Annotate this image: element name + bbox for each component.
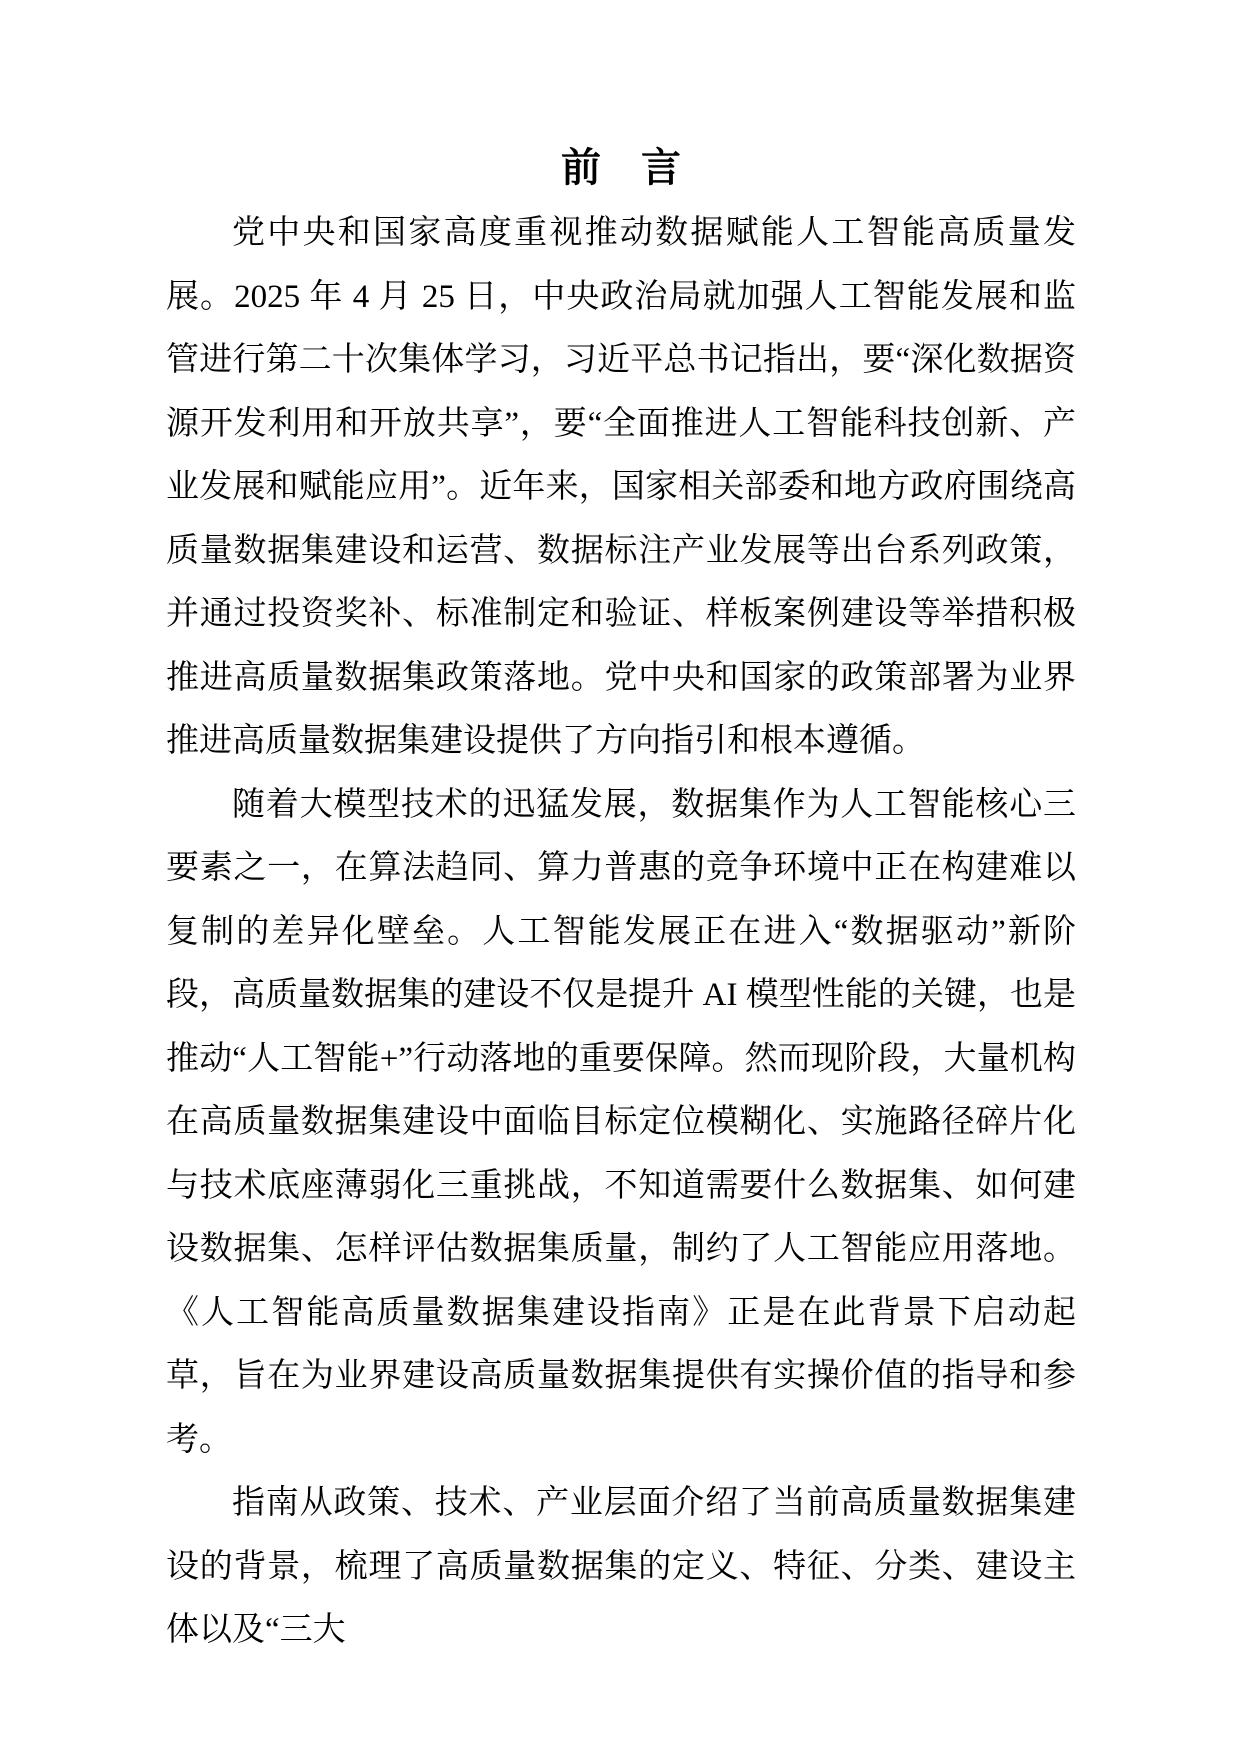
- paragraph-policy-background: 党中央和国家高度重视推动数据赋能人工智能高质量发展。2025 年 4 月 25 …: [166, 202, 1076, 774]
- paragraph-dataset-importance: 随着大模型技术的迅猛发展，数据集作为人工智能核心三要素之一，在算法趋同、算力普惠…: [166, 774, 1076, 1473]
- paragraph-guide-overview: 指南从政策、技术、产业层面介绍了当前高质量数据集建设的背景，梳理了高质量数据集的…: [166, 1472, 1076, 1663]
- document-page: 前 言 党中央和国家高度重视推动数据赋能人工智能高质量发展。2025 年 4 月…: [0, 0, 1240, 1754]
- page-title: 前 言: [166, 136, 1076, 200]
